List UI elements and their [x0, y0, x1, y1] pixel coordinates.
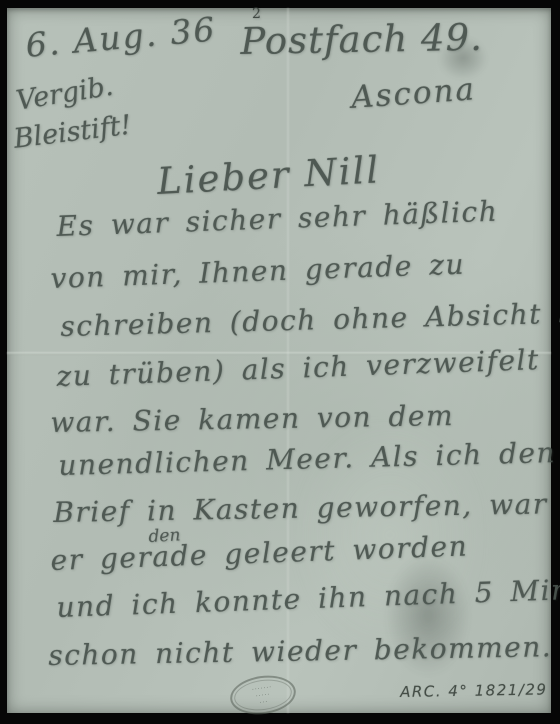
address-postfach: Postfach 49.: [240, 16, 483, 63]
body-line: war. Sie kamen von dem: [50, 399, 454, 439]
inserted-word: den: [148, 525, 181, 547]
archive-signature: ARC. 4° 1821/29: [400, 680, 548, 701]
scanned-letter-page: 2 6. Aug. 36 Postfach 49. Ascona Vergib.…: [0, 0, 560, 724]
